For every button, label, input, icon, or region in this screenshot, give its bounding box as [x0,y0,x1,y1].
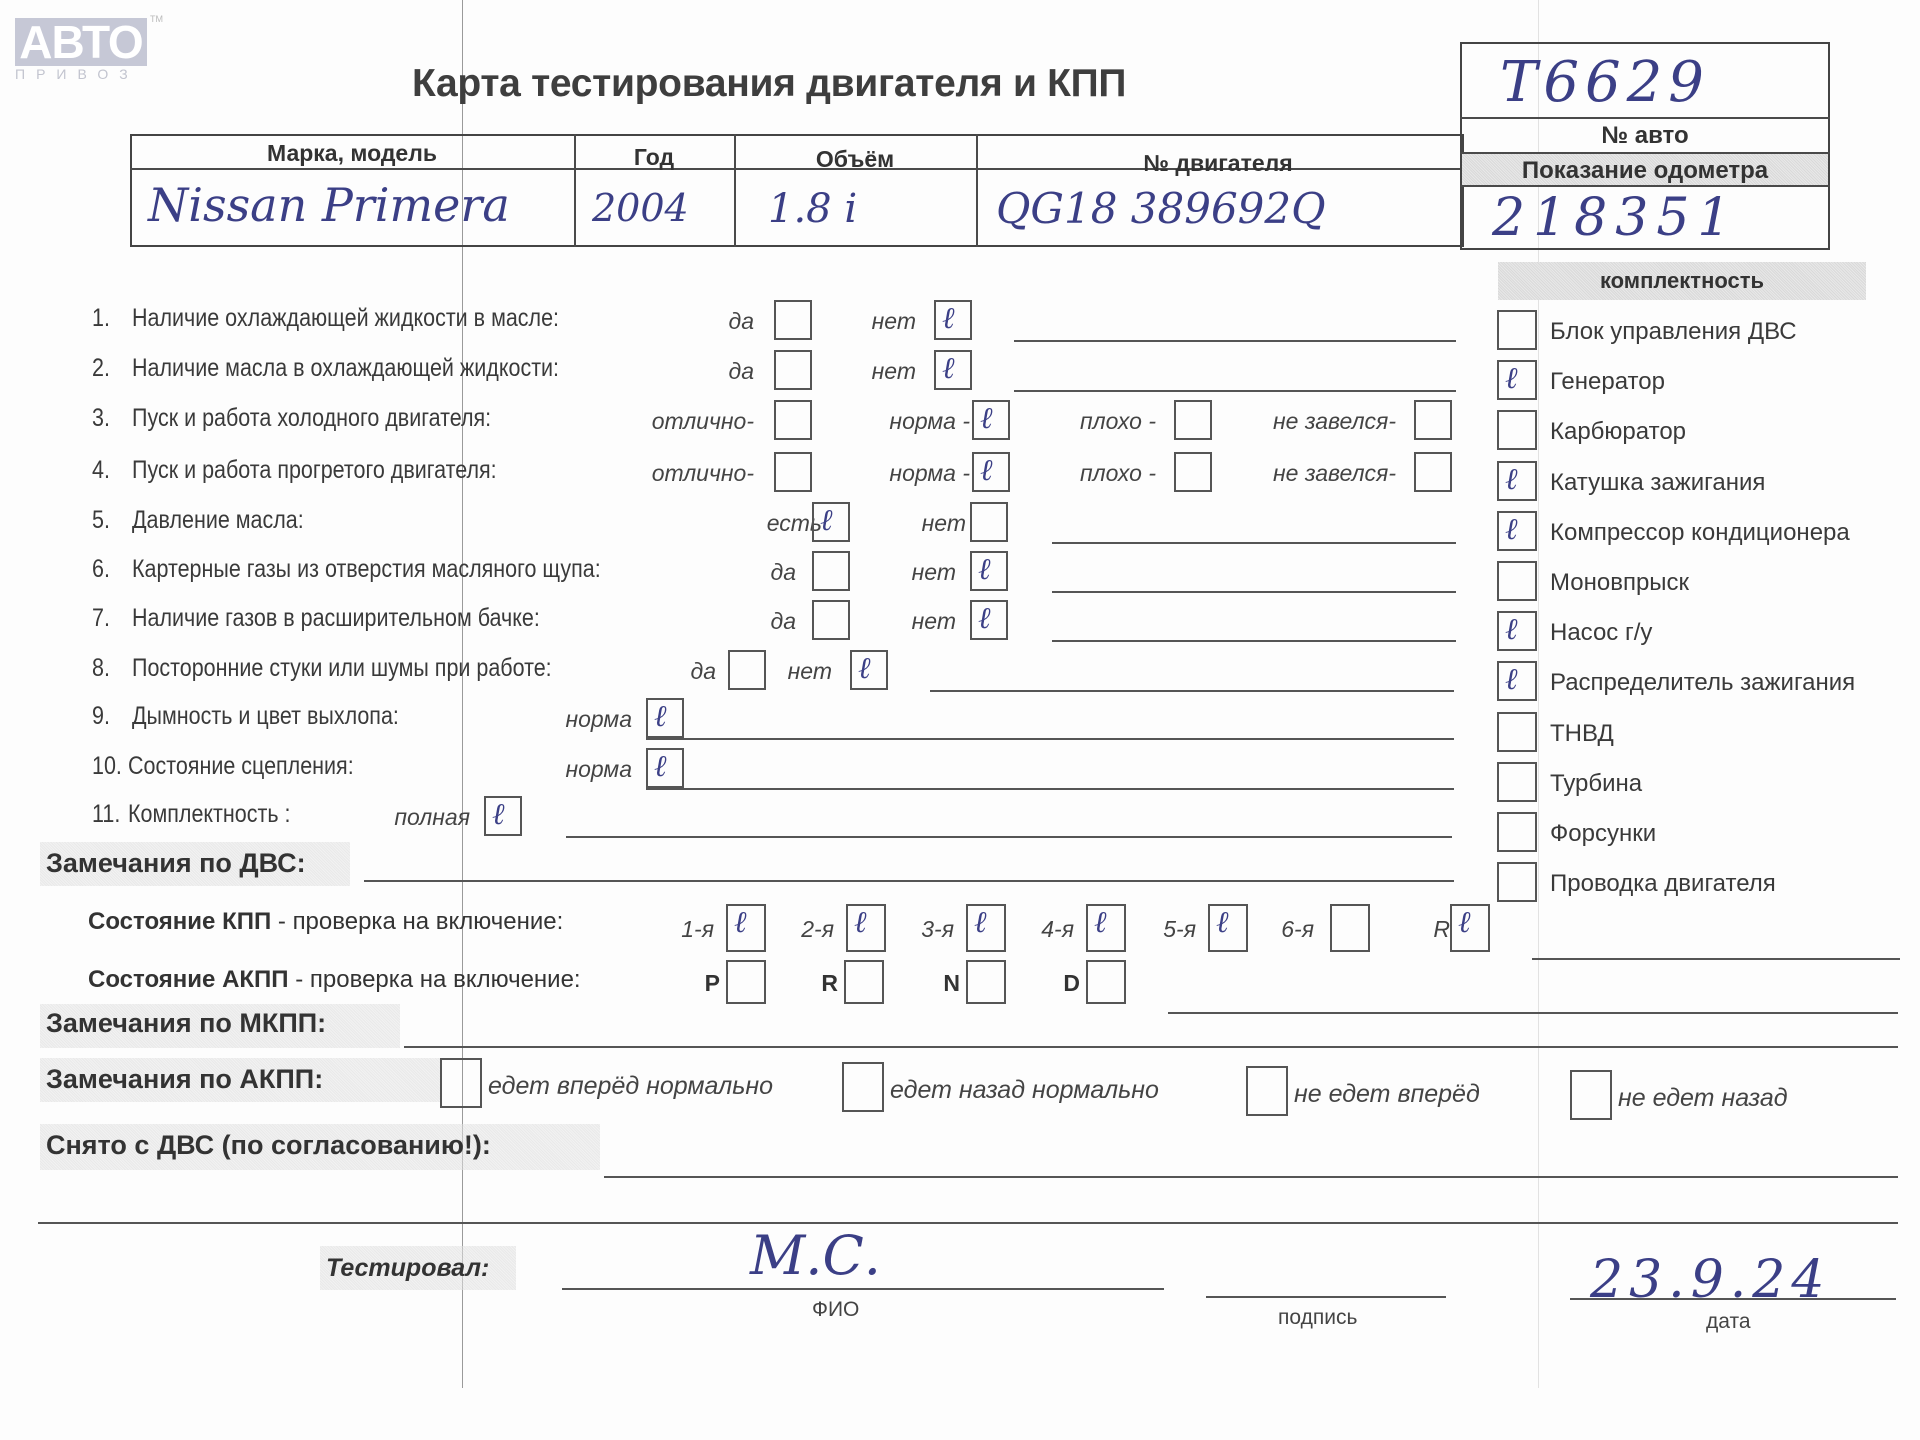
check-mark-icon: ℓ [492,800,505,830]
check-mark-icon: ℓ [1505,665,1518,695]
option-label: нет [764,308,916,335]
question-text: Пуск и работа прогретого двигателя: [132,456,497,485]
dvs-remarks-label: Замечания по ДВС: [46,848,306,879]
question-text: Наличие масла в охлаждающей жидкости: [132,354,559,383]
check-mark-icon: ℓ [980,404,993,434]
option-label: норма - [818,408,970,435]
question-number: 7. [92,604,110,633]
gear-checkbox[interactable]: ℓ [1208,904,1248,952]
check-mark-icon: ℓ [654,752,667,782]
remark-line[interactable] [1052,591,1456,593]
check-mark-icon: ℓ [1216,908,1229,938]
check-mark-icon: ℓ [1458,908,1471,938]
question-number: 8. [92,654,110,683]
akpp-option-checkbox[interactable] [842,1062,884,1112]
mkpp-remarks-label: Замечания по МКПП: [46,1008,326,1039]
check-mark-icon: ℓ [980,456,993,486]
check-mark-icon: ℓ [854,908,867,938]
akpp-option-checkbox[interactable] [1570,1070,1612,1120]
completeness-item-label: Блок управления ДВС [1550,318,1797,346]
year-value[interactable]: 2004 [592,186,689,230]
remark-line[interactable] [1052,640,1456,642]
engine-number-value[interactable]: QG18 389692Q [996,184,1326,233]
completeness-item-label: Распределитель зажигания [1550,669,1855,697]
completeness-item-label: Карбюратор [1550,418,1686,446]
gear-label: 5-я [1156,916,1196,943]
box-divider [1460,185,1830,187]
completeness-item-label: Проводка двигателя [1550,870,1776,898]
logo-subtitle: ПРИВОЗ [15,66,147,82]
signature-label: подпись [1278,1306,1357,1330]
remark-line[interactable] [566,836,1452,838]
question-number: 9. [92,702,110,731]
remark-line[interactable] [930,690,1454,692]
question-text: Картерные газы из отверстия масляного щу… [132,555,601,584]
option-checkbox[interactable]: ℓ [970,600,1008,640]
completeness-item-label: Компрессор кондиционера [1550,519,1850,547]
gear-label: R [1410,916,1450,943]
akpp-position-label: R [798,970,838,997]
option-label: плохо - [1004,408,1156,435]
gear-checkbox[interactable]: ℓ [1086,904,1126,952]
check-mark-icon: ℓ [978,555,991,585]
option-checkbox[interactable] [970,502,1008,542]
akpp-position-checkbox[interactable] [726,960,766,1004]
option-checkbox[interactable] [1174,452,1212,492]
question-number: 2. [92,354,110,383]
question-text: Наличие охлаждающей жидкости в масле: [132,304,559,333]
separator-line [38,1222,1898,1224]
completeness-checkbox[interactable]: ℓ [1497,360,1537,400]
fio-line[interactable] [562,1288,1164,1290]
akpp-option-label: едет назад нормально [890,1076,1159,1105]
option-checkbox[interactable]: ℓ [850,650,888,690]
gear-checkbox[interactable] [1330,904,1370,952]
tester-name-value[interactable]: М.С. [750,1224,881,1287]
auto-number-label: № авто [1460,122,1830,150]
check-mark-icon: ℓ [942,304,955,334]
logo: АВТО [15,18,147,66]
completeness-checkbox[interactable]: ℓ [1497,461,1537,501]
removed-from-engine-label: Снято с ДВС (по согласованию!): [46,1130,491,1161]
option-label: нет [764,358,916,385]
odometer-value[interactable]: 218351 [1492,188,1739,248]
completeness-header: комплектность [1498,268,1866,294]
option-checkbox[interactable]: ℓ [646,698,684,738]
gear-label: 3-я [914,916,954,943]
akpp-position-checkbox[interactable] [844,960,884,1004]
akpp-state-label: Состояние АКПП - проверка на включение: [88,966,581,994]
mkpp-remarks-line[interactable] [404,1046,1898,1048]
date-label: дата [1706,1310,1751,1334]
option-label: нет [804,559,956,586]
question-text: Посторонние стуки или шумы при работе: [132,654,552,683]
completeness-checkbox[interactable]: ℓ [1497,661,1537,701]
question-number: 11. [92,800,120,829]
option-checkbox[interactable] [774,452,812,492]
header-make-model: Марка, модель [130,140,574,167]
akpp-state-rest: - проверка на включение: [289,966,581,993]
completeness-checkbox[interactable] [1497,762,1537,802]
option-label: не завелся- [1244,408,1396,435]
page-title: Карта тестирования двигателя и КПП [412,62,1126,106]
kpp-state-label: Состояние КПП - проверка на включение: [88,908,563,936]
completeness-checkbox[interactable]: ℓ [1497,611,1537,651]
completeness-checkbox[interactable] [1497,561,1537,601]
header-volume: Объём [734,146,976,173]
kpp-state-rest: - проверка на включение: [271,908,563,935]
option-checkbox[interactable] [1174,400,1212,440]
akpp-option-checkbox[interactable] [1246,1066,1288,1116]
option-label: не завелся- [1244,460,1396,487]
option-label: нет [680,658,832,685]
question-text: Давление масла: [132,506,304,535]
box-divider [1460,117,1830,119]
completeness-item-label: Генератор [1550,368,1665,396]
gear-label: 2-я [794,916,834,943]
date-value[interactable]: 23.9.24 [1590,1250,1830,1310]
akpp-position-checkbox[interactable] [1086,960,1126,1004]
odometer-label: Показание одометра [1460,157,1830,185]
completeness-item-label: ТНВД [1550,720,1614,748]
option-label: да [644,608,796,635]
fio-label: ФИО [812,1298,859,1322]
option-checkbox[interactable]: ℓ [934,350,972,390]
option-label: нет [814,510,966,537]
completeness-checkbox[interactable] [1497,862,1537,902]
gear-label: 1-я [674,916,714,943]
signature-line[interactable] [1206,1296,1446,1298]
check-mark-icon: ℓ [1094,908,1107,938]
gear-checkbox[interactable]: ℓ [1450,904,1490,952]
header-engine-number: № двигателя [976,150,1460,177]
check-mark-icon: ℓ [654,702,667,732]
check-mark-icon: ℓ [942,354,955,384]
option-label: нет [804,608,956,635]
akpp-option-label: не едет назад [1618,1084,1788,1113]
gear-label: 6-я [1274,916,1314,943]
volume-value[interactable]: 1.8 i [768,186,857,232]
remark-line[interactable] [1052,542,1456,544]
akpp-position-checkbox[interactable] [966,960,1006,1004]
option-checkbox[interactable] [1414,400,1452,440]
option-label: есть [670,510,822,537]
option-label: плохо - [1004,460,1156,487]
logo-trademark: TM [150,14,163,24]
gear-checkbox[interactable]: ℓ [846,904,886,952]
header-year: Год [574,144,734,171]
akpp-remarks-label: Замечания по АКПП: [46,1064,323,1095]
option-checkbox[interactable]: ℓ [484,796,522,836]
dvs-remarks-line[interactable] [364,880,1454,882]
option-label: отлично- [602,460,754,487]
question-number: 6. [92,555,110,584]
check-mark-icon: ℓ [1505,364,1518,394]
akpp-state-bold: Состояние АКПП [88,966,289,993]
option-label: норма [480,756,632,783]
option-checkbox[interactable] [774,400,812,440]
option-checkbox[interactable]: ℓ [934,300,972,340]
check-mark-icon: ℓ [1505,515,1518,545]
check-mark-icon: ℓ [1505,615,1518,645]
question-text: Наличие газов в расширительном бачке: [132,604,540,633]
remark-line[interactable] [1014,390,1456,392]
check-mark-icon: ℓ [974,908,987,938]
option-label: отлично- [602,408,754,435]
check-mark-icon: ℓ [858,654,871,684]
akpp-option-label: не едет вперёд [1294,1080,1480,1109]
remark-line[interactable] [1014,340,1456,342]
completeness-checkbox[interactable] [1497,712,1537,752]
date-line[interactable] [1570,1298,1896,1300]
question-text: Состояние сцепления: [128,752,354,781]
question-text: Пуск и работа холодного двигателя: [132,404,491,433]
question-text: Дымность и цвет выхлопа: [132,702,399,731]
akpp-remarks-line[interactable] [1168,1012,1898,1014]
completeness-item-label: Насос г/у [1550,619,1652,647]
question-number: 4. [92,456,110,485]
completeness-item-label: Катушка зажигания [1550,469,1765,497]
completeness-checkbox[interactable]: ℓ [1497,511,1537,551]
akpp-position-label: D [1040,970,1080,997]
option-checkbox[interactable]: ℓ [970,551,1008,591]
akpp-option-checkbox[interactable] [440,1058,482,1108]
completeness-checkbox[interactable] [1497,310,1537,350]
box-divider [1460,152,1830,154]
completeness-item-label: Турбина [1550,770,1642,798]
kpp-remarks-line[interactable] [1532,958,1900,960]
completeness-item-label: Форсунки [1550,820,1656,848]
completeness-checkbox[interactable] [1497,410,1537,450]
question-number: 5. [92,506,110,535]
removed-from-engine-line[interactable] [604,1176,1898,1178]
question-number: 10. [92,752,122,781]
option-label: норма [480,706,632,733]
completeness-checkbox[interactable] [1497,812,1537,852]
question-number: 3. [92,404,110,433]
question-text: Комплектность : [128,800,290,829]
check-mark-icon: ℓ [1505,465,1518,495]
tested-by-label: Тестировал: [326,1254,489,1283]
gear-label: 4-я [1034,916,1074,943]
akpp-position-label: P [680,970,720,997]
option-label: полная [318,804,470,831]
check-mark-icon: ℓ [978,604,991,634]
option-label: да [644,559,796,586]
option-label: да [602,358,754,385]
gear-checkbox[interactable]: ℓ [726,904,766,952]
option-label: да [602,308,754,335]
option-checkbox[interactable]: ℓ [646,748,684,788]
option-checkbox[interactable] [1414,452,1452,492]
kpp-state-bold: Состояние КПП [88,908,271,935]
remark-line[interactable] [646,788,1454,790]
gear-checkbox[interactable]: ℓ [966,904,1006,952]
check-mark-icon: ℓ [734,908,747,938]
question-number: 1. [92,304,110,333]
option-label: норма - [818,460,970,487]
remark-line[interactable] [646,738,1454,740]
make-model-value[interactable]: Nissan Primera [148,178,510,232]
auto-number-value[interactable]: T6629 [1500,50,1710,115]
akpp-position-label: N [920,970,960,997]
akpp-option-label: едет вперёд нормально [488,1072,773,1101]
completeness-item-label: Моновпрыск [1550,569,1689,597]
